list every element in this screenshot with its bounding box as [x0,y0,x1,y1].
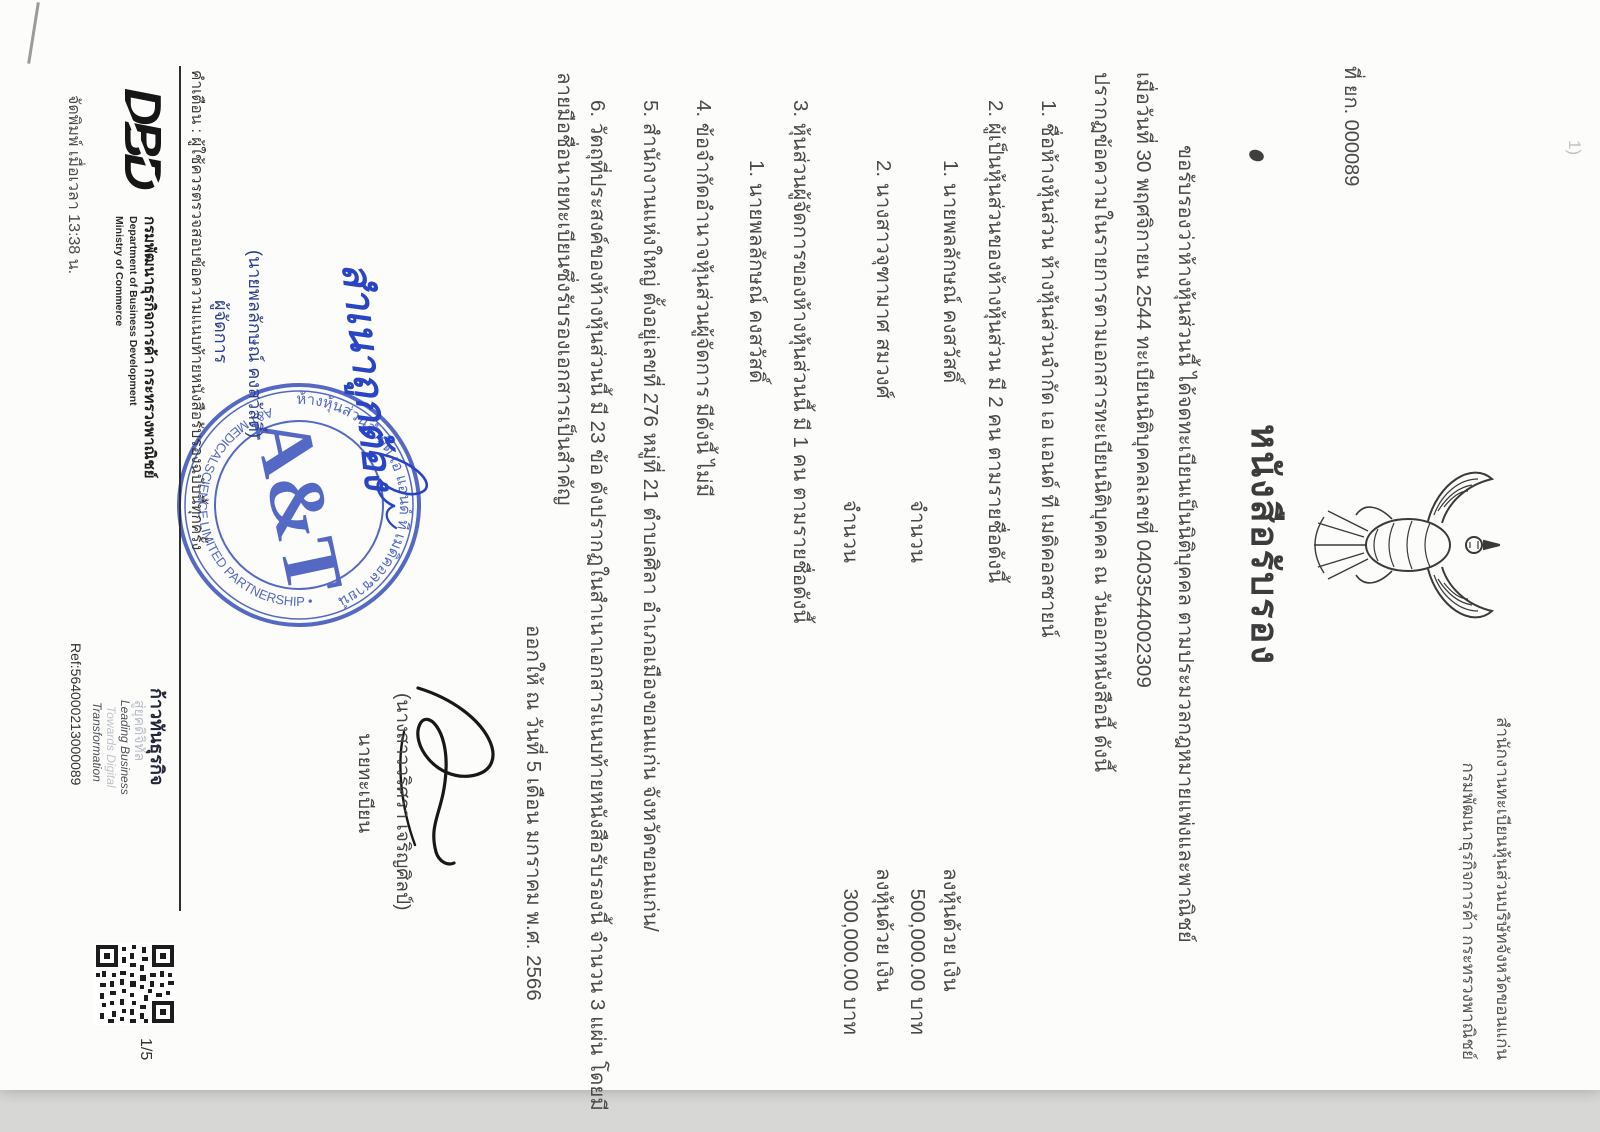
scanned-certificate-canvas: 1) สำนักงานทะเบียนหุ้นส่วนบริษัทจังหวัดข… [0,0,1600,1132]
intro-line-1: ขอรับรองว่าห้างหุ้นส่วนนี้ ได้จดทะเบียนเ… [1169,145,1202,943]
item-6-continuation: ลายมือชื่อนายทะเบียนซึ่งรับรองเอกสารเป็น… [548,72,581,506]
partner-1-invest-label: ลงหุ้นด้วย เงิน [934,868,967,992]
print-timestamp: จัดพิมพ์ เมื่อเวลา 13:38 น. [61,95,86,274]
item-6-objectives: 6. วัตถุที่ประสงค์ของห้างหุ้นส่วนนี้ มี … [581,100,614,1111]
partner-2-qty-label: จำนวน [834,500,867,563]
registrar-title: นายทะเบียน [350,733,380,833]
agency-name-th: กรมพัฒนาธุรกิจการค้า กระทรวงพาณิชย์ [138,216,162,479]
issue-date-line: ออกให้ ณ วันที่ 5 เดือน มกราคม พ.ศ. 2566 [517,625,550,1001]
page-number: 1/5 [136,1038,154,1060]
item-5-head-office: 5. สำนักงานแห่งใหญ่ ตั้งอยู่เลขที่ 276 ห… [634,100,667,932]
partner-2-name: 2. นางสาวจุฑามาศ สมวงศ์ [867,160,900,399]
item-1-company-name: 1. ชื่อห้างหุ้นส่วน ห้างหุ้นส่วนจำกัด เอ… [1032,100,1065,638]
slogan-en-line1: Leading Business [117,700,132,795]
qr-code [94,943,176,1025]
pencil-mark: 1) [1564,140,1584,155]
item-4-restrictions: 4. ข้อจำกัดอำนาจหุ้นส่วนผู้จัดการ มีดังน… [687,100,720,497]
intro-line-3: ปรากฏข้อความในรายการตามเอกสารทะเบียนนิติ… [1085,72,1118,772]
item-3-managing-partner: 3. หุ้นส่วนผู้จัดการของห้างหุ้นส่วนนี้ ม… [784,100,817,623]
registry-department-line: กรมพัฒนาธุรกิจการค้า กระทรวงพาณิชย์ [1455,763,1482,1061]
partner-2-invest-label: ลงหุ้นด้วย เงิน [867,868,900,992]
agency-name-en1: Department of Business Development [126,216,139,406]
garuda-emblem-icon [1300,445,1500,645]
certifier-title: ผู้จัดการ [207,300,236,363]
manager-signature [354,436,454,556]
ink-blot-artifact [1248,148,1266,163]
partner-1-qty-label: จำนวน [901,500,934,563]
dbd-logo: DBD [116,88,168,186]
certificate-page: 1) สำนักงานทะเบียนหุ้นส่วนบริษัทจังหวัดข… [0,0,1600,1090]
registrar-name: (นางสาววริศรา เจริญศิลป์) [388,693,418,910]
partner-1-amount: 500,000.00 บาท [901,875,934,1035]
slogan-en-line3: Transformation [89,702,104,782]
agency-name-en2: Ministry of Commerce [112,216,125,326]
reference-number: Ref:564000213000089 [68,643,84,785]
item-3-sub-name: 1. นายพลลักษณ์ คงสวัสดิ์ [740,160,773,383]
footer-divider [179,66,181,911]
item-2-partners: 2. ผู้เป็นหุ้นส่วนของห้างหุ้นส่วน มี 2 ค… [979,100,1012,583]
warning-line: คำเตือน : ผู้ใช้ควรตรวจสอบข้อความแนบท้าย… [185,70,210,550]
document-number: ที่ ยก. 000089 [1336,66,1368,186]
partner-1-name: 1. นายพลลักษณ์ คงสวัสดิ์ [934,160,967,383]
intro-line-2: เมื่อวันที่ 30 พฤศจิกายน 2544 ทะเบียนนิต… [1127,72,1160,688]
partner-2-amount: 300,000.00 บาท [834,875,867,1035]
slogan-en-line2: Towards Digital [103,706,118,788]
certifier-name: (นายพลลักษณ์ คงสวัสดิ์) [241,250,270,438]
registry-office-line: สำนักงานทะเบียนหุ้นส่วนบริษัทจังหวัดขอนแ… [1489,717,1516,1060]
page-title: หนังสือรับรอง [1235,424,1296,666]
